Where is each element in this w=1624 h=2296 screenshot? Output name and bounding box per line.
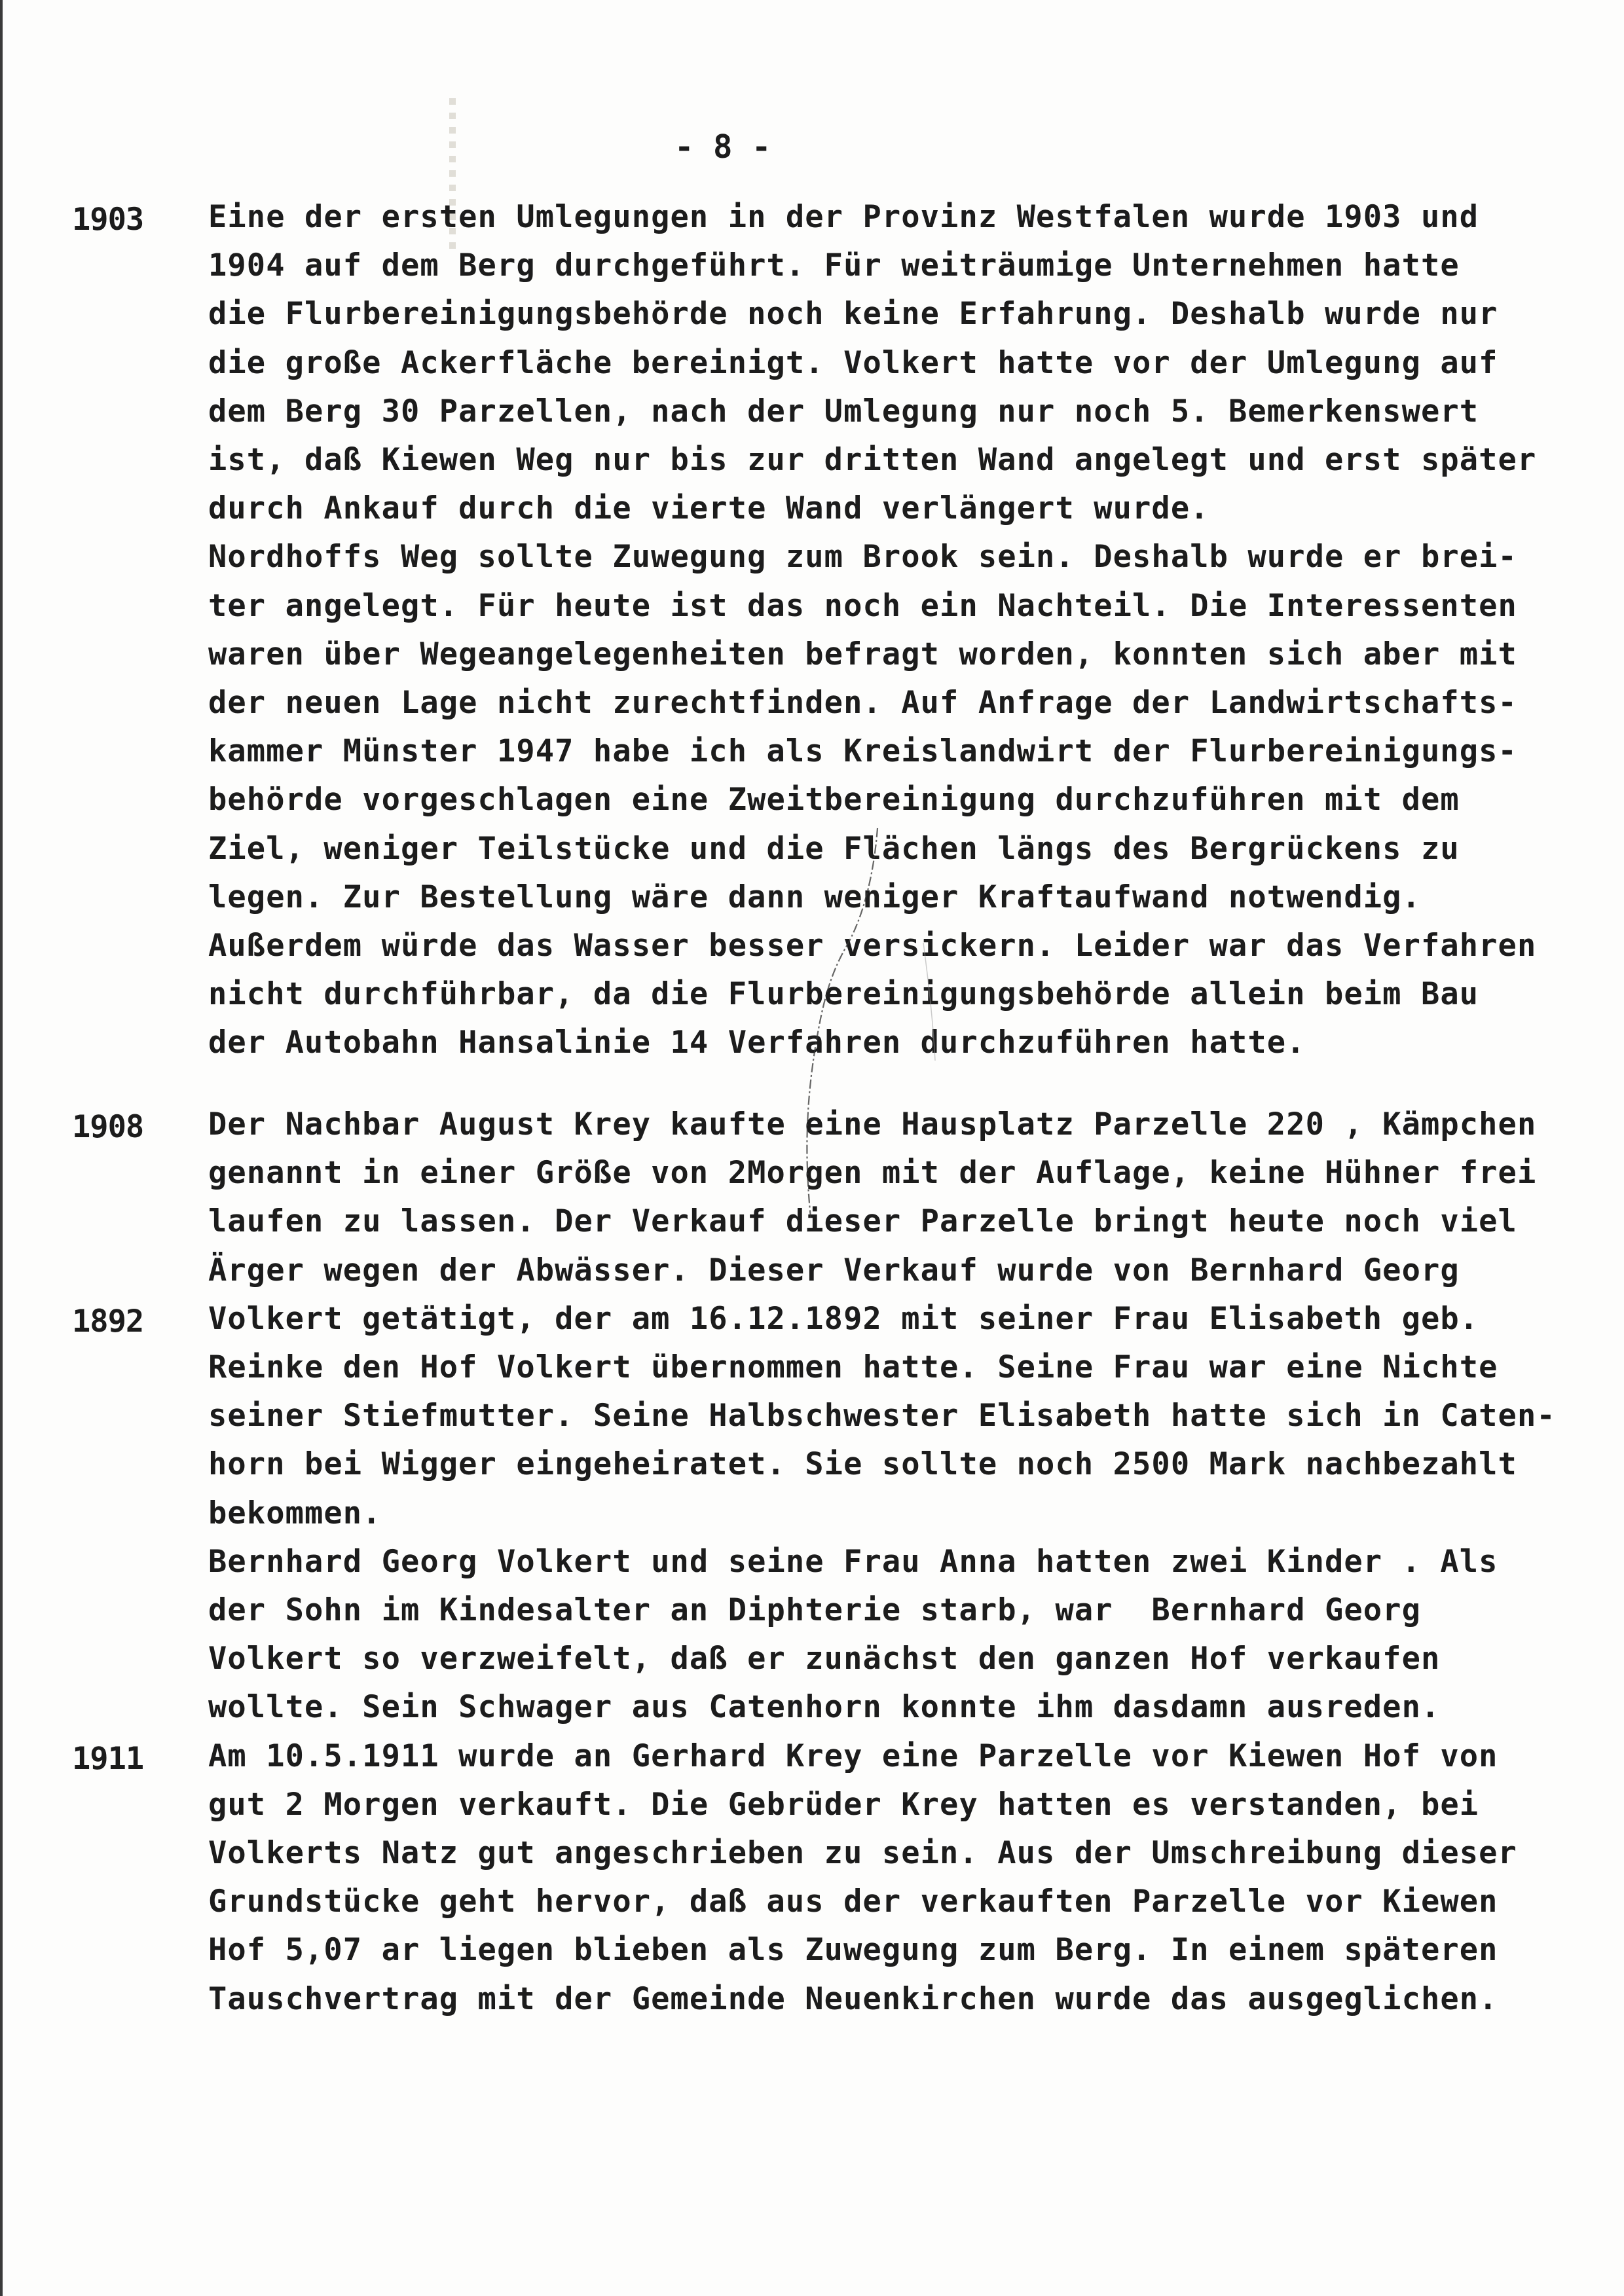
- text-line: die Flurbereinigungsbehörde noch keine E…: [208, 295, 1498, 334]
- text-line: Der Nachbar August Krey kaufte eine Haus…: [208, 1105, 1536, 1144]
- text-line: Bernhard Georg Volkert und seine Frau An…: [208, 1542, 1498, 1582]
- text-line: genannt in einer Größe von 2Morgen mit d…: [208, 1154, 1536, 1193]
- text-line: Volkert getätigt, der am 16.12.1892 mit …: [208, 1300, 1479, 1339]
- text-line: wollte. Sein Schwager aus Catenhorn konn…: [208, 1688, 1440, 1727]
- text-line: Reinke den Hof Volkert übernommen hatte.…: [208, 1348, 1498, 1387]
- text-line: legen. Zur Bestellung wäre dann weniger …: [208, 878, 1421, 917]
- text-line: kammer Münster 1947 habe ich als Kreisla…: [208, 732, 1517, 771]
- text-line: laufen zu lassen. Der Verkauf dieser Par…: [208, 1202, 1517, 1241]
- text-line: Volkert so verzweifelt, daß er zunächst …: [208, 1639, 1440, 1679]
- text-line: Außerdem würde das Wasser besser versick…: [208, 926, 1536, 966]
- text-line: horn bei Wigger eingeheiratet. Sie sollt…: [208, 1445, 1517, 1484]
- text-line: waren über Wegeangelegenheiten befragt w…: [208, 635, 1517, 674]
- text-line: nicht durchführbar, da die Flurbereinigu…: [208, 975, 1479, 1014]
- text-line: die große Ackerfläche bereinigt. Volkert…: [208, 344, 1498, 383]
- text-line: der Autobahn Hansalinie 14 Verfahren dur…: [208, 1023, 1306, 1063]
- text-line: Tauschvertrag mit der Gemeinde Neuenkirc…: [208, 1980, 1498, 2019]
- text-line: Eine der ersten Umlegungen in der Provin…: [208, 198, 1479, 237]
- text-line: Nordhoffs Weg sollte Zuwegung zum Brook …: [208, 538, 1517, 577]
- text-line: Am 10.5.1911 wurde an Gerhard Krey eine …: [208, 1737, 1498, 1776]
- text-line: bekommen.: [208, 1494, 382, 1533]
- text-line: ter angelegt. Für heute ist das noch ein…: [208, 587, 1517, 626]
- text-line: der neuen Lage nicht zurechtfinden. Auf …: [208, 683, 1517, 723]
- text-line: Hof 5,07 ar liegen blieben als Zuwegung …: [208, 1931, 1498, 1970]
- text-line: Ziel, weniger Teilstücke und die Flächen…: [208, 829, 1460, 869]
- margin-year-1908: 1908: [72, 1109, 143, 1145]
- text-line: behörde vorgeschlagen eine Zweitbereinig…: [208, 780, 1460, 820]
- text-line: ist, daß Kiewen Weg nur bis zur dritten …: [208, 441, 1536, 480]
- text-line: Grundstücke geht hervor, daß aus der ver…: [208, 1882, 1498, 1922]
- page-number: - 8 -: [674, 128, 771, 166]
- margin-year-1911: 1911: [72, 1741, 143, 1777]
- text-line: Volkerts Natz gut angeschrieben zu sein.…: [208, 1834, 1517, 1873]
- text-line: Ärger wegen der Abwässer. Dieser Verkauf…: [208, 1251, 1460, 1290]
- text-line: dem Berg 30 Parzellen, nach der Umlegung…: [208, 392, 1479, 431]
- text-line: der Sohn im Kindesalter an Diphterie sta…: [208, 1591, 1421, 1630]
- text-line: gut 2 Morgen verkauft. Die Gebrüder Krey…: [208, 1785, 1479, 1825]
- text-line: seiner Stiefmutter. Seine Halbschwester …: [208, 1396, 1556, 1436]
- margin-year-1892: 1892: [72, 1303, 143, 1339]
- margin-year-1903: 1903: [72, 202, 143, 238]
- scan-edge-shadow: [0, 0, 3, 2296]
- text-line: 1904 auf dem Berg durchgeführt. Für weit…: [208, 246, 1460, 285]
- text-line: durch Ankauf durch die vierte Wand verlä…: [208, 489, 1209, 528]
